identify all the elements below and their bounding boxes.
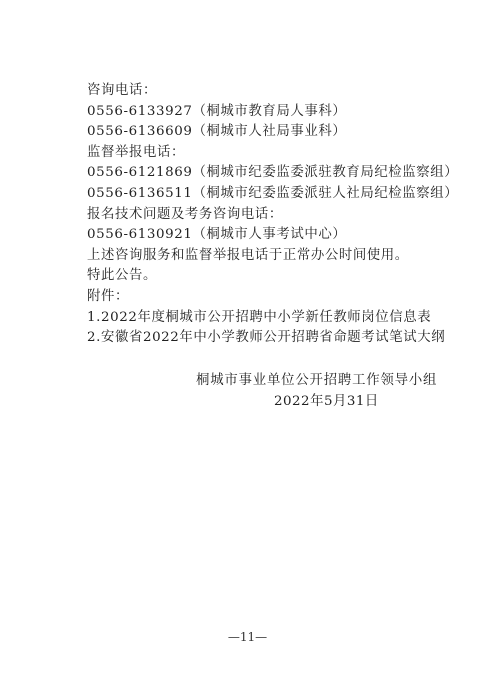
document-body: 咨询电话： 0556-6133927（桐城市教育局人事科） 0556-61366… (87, 81, 417, 349)
office-hours-note: 上述咨询服务和监督举报电话于正常办公时间使用。 (87, 246, 417, 267)
phone-line-hrss: 0556-6136609（桐城市人社局事业科） (87, 122, 417, 143)
attachment-2: 2.安徽省2022年中小学教师公开招聘省命题考试笔试大纲 (87, 328, 417, 349)
attachments-heading: 附件： (87, 287, 417, 308)
document-page: 咨询电话： 0556-6133927（桐城市教育局人事科） 0556-61366… (0, 0, 495, 700)
consult-phone-heading: 咨询电话： (87, 81, 417, 102)
signature-date: 2022年5月31日 (196, 391, 416, 412)
phone-line-exam-center: 0556-6130921（桐城市人事考试中心） (87, 225, 417, 246)
tech-phone-heading: 报名技术问题及考务咨询电话： (87, 205, 417, 226)
page-number: —11— (0, 630, 495, 644)
phone-line-education-discipline: 0556-6121869（桐城市纪委监委派驻教育局纪检监察组） (87, 163, 417, 184)
signature-block: 桐城市事业单位公开招聘工作领导小组 2022年5月31日 (196, 370, 416, 412)
attachment-1: 1.2022年度桐城市公开招聘中小学新任教师岗位信息表 (87, 308, 417, 329)
signature-organization: 桐城市事业单位公开招聘工作领导小组 (196, 370, 416, 391)
report-phone-heading: 监督举报电话： (87, 143, 417, 164)
phone-line-hrss-discipline: 0556-6136511（桐城市纪委监委派驻人社局纪检监察组） (87, 184, 417, 205)
closing-statement: 特此公告。 (87, 266, 417, 287)
phone-line-education-hr: 0556-6133927（桐城市教育局人事科） (87, 102, 417, 123)
